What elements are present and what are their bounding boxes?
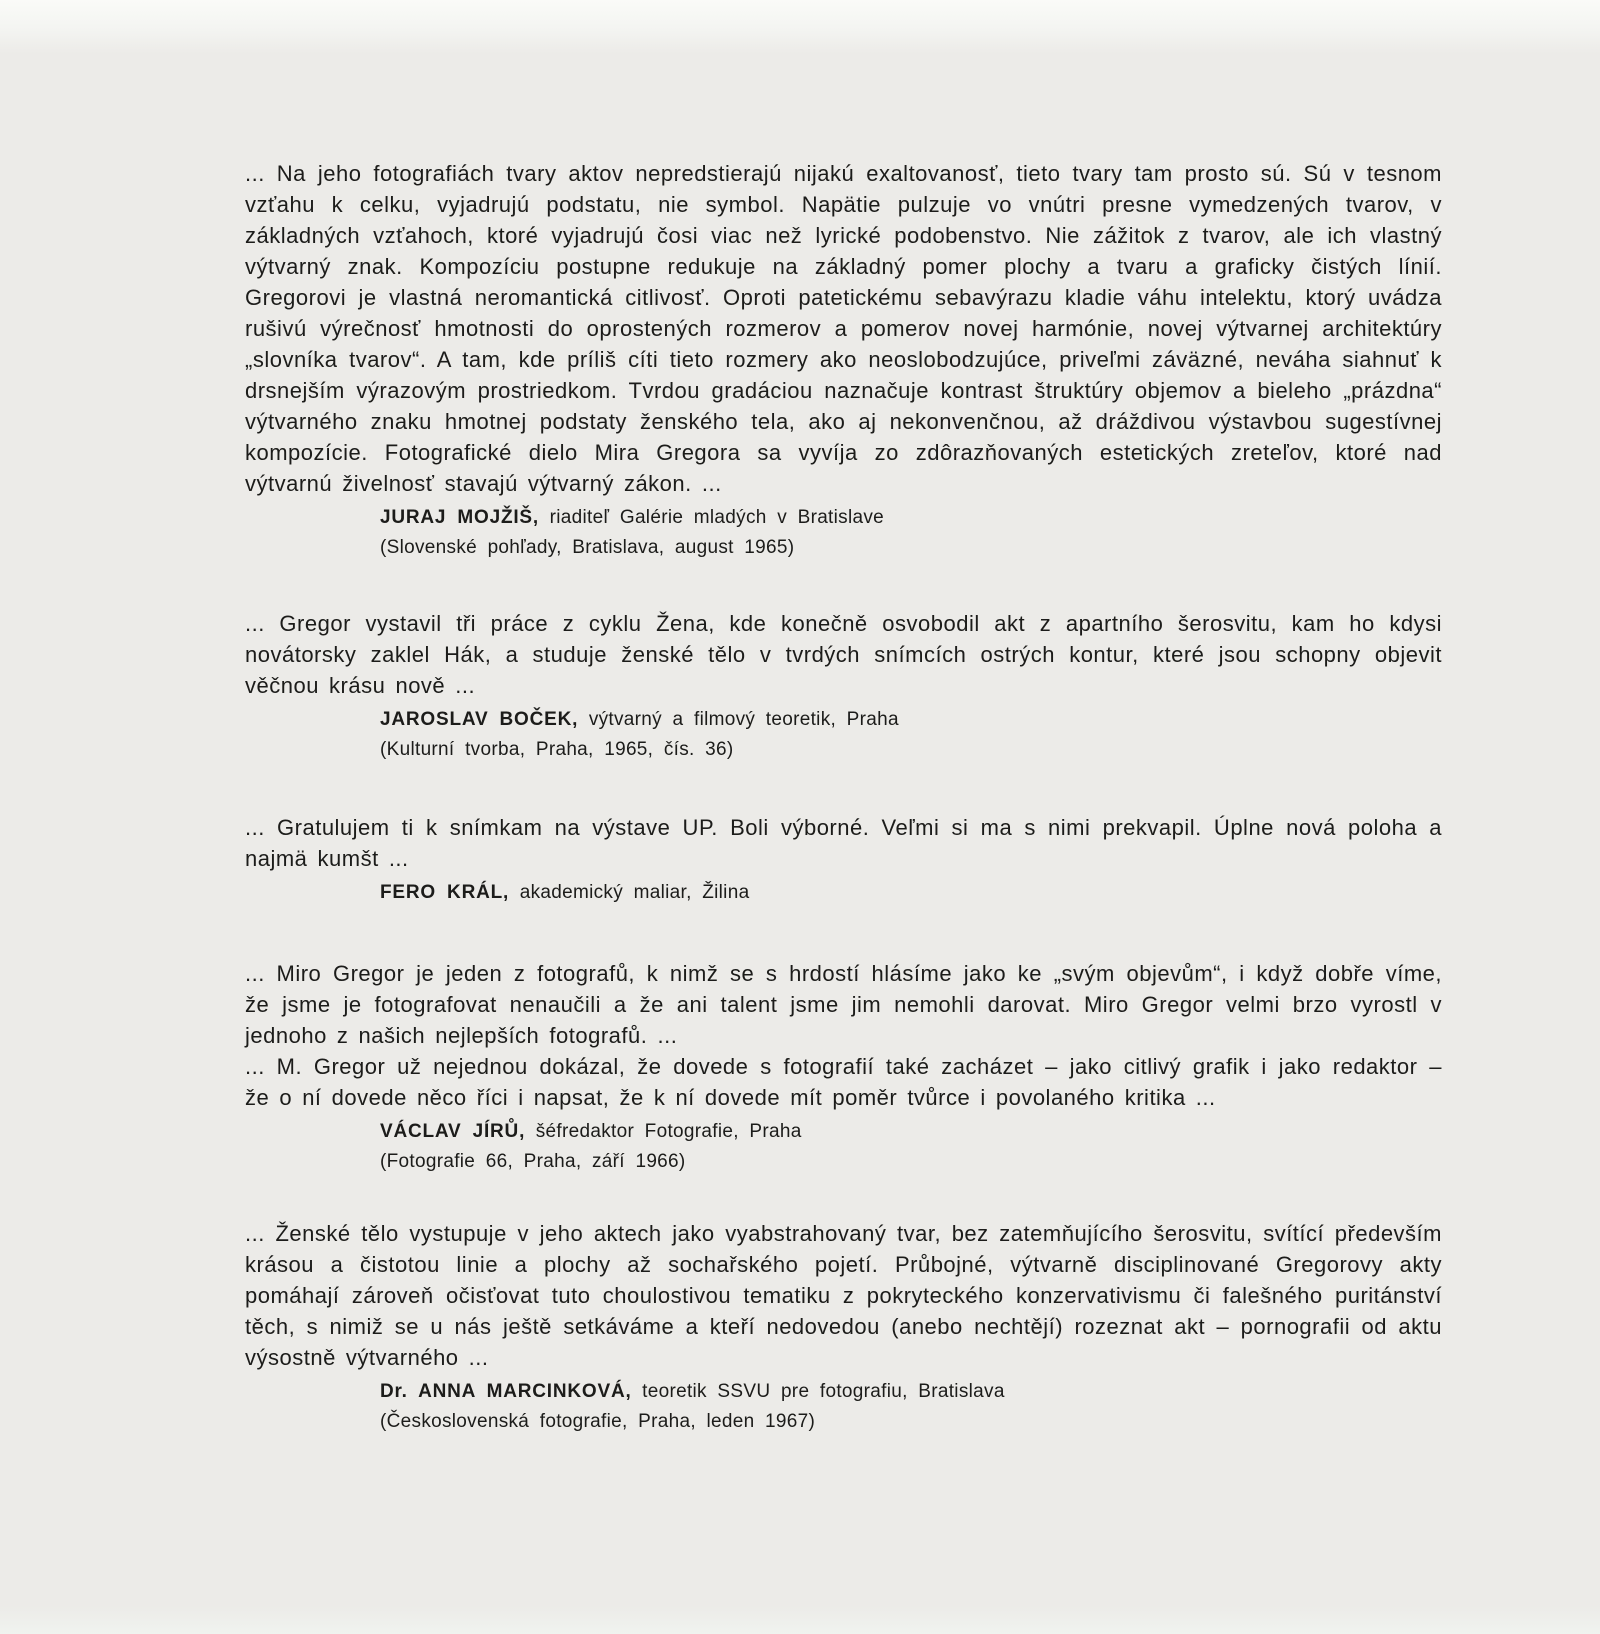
quote-block-marcinkova: ... Ženské tělo vystupuje v jeho aktech … <box>245 1218 1442 1437</box>
attribution-author: VÁCLAV JÍRŮ, <box>380 1121 525 1142</box>
attribution-role: teoretik SSVU pre fotografiu, Bratislava <box>642 1381 1005 1402</box>
page-text-column: ... Na jeho fotografiách tvary aktov nep… <box>245 0 1442 1634</box>
quote-text: ... Gregor vystavil tři práce z cyklu Že… <box>245 608 1442 701</box>
quote-block-kral: ... Gratulujem ti k snímkam na výstave U… <box>245 812 1442 908</box>
attribution-author: Dr. ANNA MARCINKOVÁ, <box>380 1381 632 1402</box>
attribution-source: (Slovenské pohľady, Bratislava, august 1… <box>380 533 1442 563</box>
attribution-source: (Československá fotografie, Praha, leden… <box>380 1407 1442 1437</box>
attribution-role: výtvarný a filmový teoretik, Praha <box>589 709 899 730</box>
attribution-author: JURAJ MOJŽIŠ, <box>380 507 539 528</box>
quote-attribution: JAROSLAV BOČEK, výtvarný a filmový teore… <box>380 705 1442 765</box>
quote-text: ... Na jeho fotografiách tvary aktov nep… <box>245 158 1442 499</box>
attribution-line: FERO KRÁL, akademický maliar, Žilina <box>380 878 1442 908</box>
quote-block-mojzis: ... Na jeho fotografiách tvary aktov nep… <box>245 158 1442 563</box>
attribution-role: šéfredaktor Fotografie, Praha <box>536 1121 802 1142</box>
quote-block-bocek: ... Gregor vystavil tři práce z cyklu Že… <box>245 608 1442 765</box>
quote-text: ... Miro Gregor je jeden z fotografů, k … <box>245 958 1442 1051</box>
quote-attribution: Dr. ANNA MARCINKOVÁ, teoretik SSVU pre f… <box>380 1377 1442 1437</box>
attribution-line: JAROSLAV BOČEK, výtvarný a filmový teore… <box>380 705 1442 735</box>
quote-text: ... M. Gregor už nejednou dokázal, že do… <box>245 1051 1442 1113</box>
attribution-author: JAROSLAV BOČEK, <box>380 709 578 730</box>
quote-text: ... Ženské tělo vystupuje v jeho aktech … <box>245 1218 1442 1373</box>
quote-attribution: FERO KRÁL, akademický maliar, Žilina <box>380 878 1442 908</box>
attribution-line: Dr. ANNA MARCINKOVÁ, teoretik SSVU pre f… <box>380 1377 1442 1407</box>
attribution-line: VÁCLAV JÍRŮ, šéfredaktor Fotografie, Pra… <box>380 1117 1442 1147</box>
attribution-source: (Kulturní tvorba, Praha, 1965, čís. 36) <box>380 735 1442 765</box>
attribution-role: riaditeľ Galérie mladých v Bratislave <box>550 507 884 528</box>
attribution-line: JURAJ MOJŽIŠ, riaditeľ Galérie mladých v… <box>380 503 1442 533</box>
quote-attribution: VÁCLAV JÍRŮ, šéfredaktor Fotografie, Pra… <box>380 1117 1442 1177</box>
quote-attribution: JURAJ MOJŽIŠ, riaditeľ Galérie mladých v… <box>380 503 1442 563</box>
quote-block-jiru: ... Miro Gregor je jeden z fotografů, k … <box>245 958 1442 1177</box>
quote-text: ... Gratulujem ti k snímkam na výstave U… <box>245 812 1442 874</box>
attribution-author: FERO KRÁL, <box>380 882 509 903</box>
attribution-source: (Fotografie 66, Praha, září 1966) <box>380 1147 1442 1177</box>
attribution-role: akademický maliar, Žilina <box>520 882 750 903</box>
